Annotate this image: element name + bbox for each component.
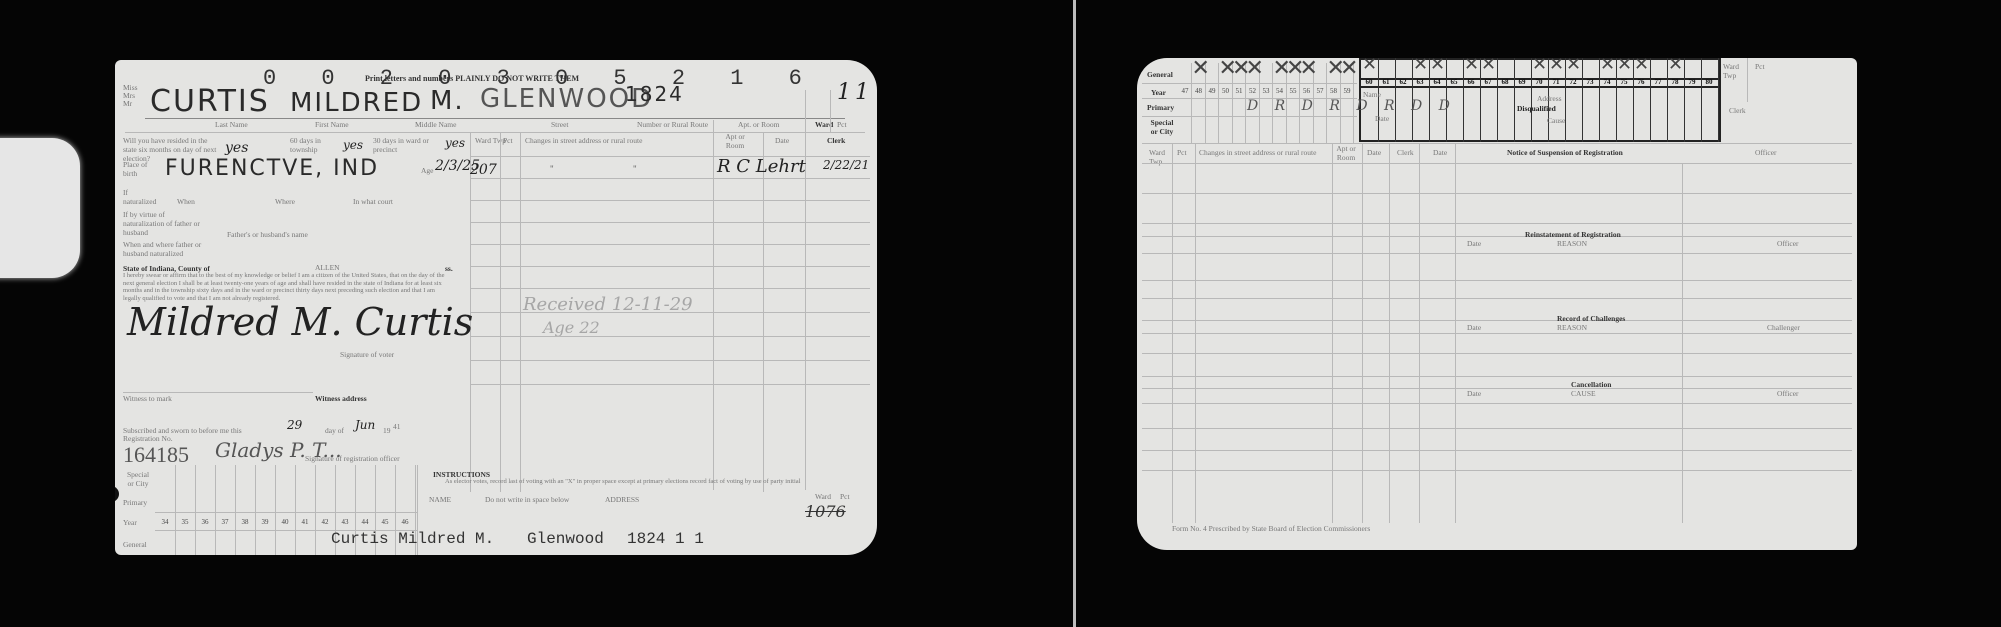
instructions-pct-label: Pct <box>840 492 850 501</box>
subscribed-year-prefix: 19 <box>383 426 391 435</box>
struck-ward-mark: 1076 <box>805 502 846 521</box>
top-pct-label: Pct <box>1755 62 1765 71</box>
inner-date-label: Date <box>1375 114 1389 123</box>
clerk-signature: R C Lehrt <box>717 156 806 177</box>
by-virtue-label: If by virtue of naturalization of father… <box>123 210 203 237</box>
reinstatement-date-header: Date <box>1467 239 1481 248</box>
age-label: Age <box>421 166 434 175</box>
ditto-mark-1: " <box>550 164 554 174</box>
registration-card-front: 0 0 2 0 3 0 5 2 1 6 Print letters and nu… <box>115 60 877 555</box>
ward-value: 1 <box>837 80 851 105</box>
challenges-reason-header: REASON <box>1557 323 1587 332</box>
frame-divider <box>1073 0 1076 627</box>
changes-clerk-header: Clerk <box>1397 148 1414 157</box>
suspension-date-header: Date <box>1433 148 1447 157</box>
vote-x-mark: ✕ <box>1668 58 1683 75</box>
first-name-label: First Name <box>315 120 349 129</box>
voter-signature: Mildred M. Curtis <box>127 300 473 344</box>
change-date-header: Date <box>775 136 789 145</box>
inner-disqualified-label: Disqualified <box>1517 104 1556 113</box>
vote-x-mark: ✕ <box>1549 58 1564 75</box>
vote-x-mark: ✕ <box>1464 58 1479 75</box>
residency-township-answer: yes <box>343 138 363 152</box>
suspension-officer-header: Officer <box>1755 148 1777 157</box>
residency-state-answer: yes <box>225 140 248 156</box>
title-prefixes: Miss Mrs Mr <box>123 84 138 108</box>
year-cell: 36 <box>195 518 215 526</box>
vote-x-mark: ✕ <box>1192 58 1210 81</box>
residency-township-question: 60 days in township <box>290 136 350 154</box>
residency-ward-question: 30 days in ward or precinct <box>373 136 433 154</box>
cancellation-officer-header: Officer <box>1777 389 1799 398</box>
change-clerk-header: Clerk <box>827 136 845 145</box>
year-cell: 39 <box>255 518 275 526</box>
change-apt-header: Apt or Room <box>720 132 750 150</box>
grid-row-general: General <box>123 540 147 549</box>
grid-row-primary: Primary <box>123 498 147 507</box>
changes-pct-header: Pct <box>1177 148 1187 157</box>
grid-row-year: Year <box>1151 88 1166 97</box>
voter-signature-label: Signature of voter <box>340 350 394 359</box>
street-label: Street <box>551 120 569 129</box>
change-pct-header: Pct <box>503 136 513 145</box>
vote-x-mark: ✕ <box>1634 58 1649 75</box>
instructions-text: As elector votes, record last of voting … <box>445 478 845 486</box>
typed-number: 1824 <box>627 530 665 548</box>
inner-address-label: Address <box>1537 94 1562 103</box>
naturalized-where-label: Where <box>275 197 295 206</box>
year-cell: 34 <box>155 518 175 526</box>
typed-street: Glenwood <box>527 530 604 548</box>
subscribed-day: 29 <box>287 418 302 432</box>
witness-address-label: Witness address <box>315 394 367 403</box>
vote-x-mark: ✕ <box>1300 58 1318 81</box>
year-cell: 40 <box>275 518 295 526</box>
grid-row-special: Special or City <box>123 470 153 488</box>
instructions-name-label: NAME <box>429 495 451 504</box>
typed-name: Curtis Mildred M. <box>331 530 494 548</box>
birth-value: FURENCTVE, IND <box>165 156 379 181</box>
vote-x-mark: ✕ <box>1600 58 1615 75</box>
year-cell: 80 <box>1699 78 1719 86</box>
birth-label: Place of birth <box>123 160 163 178</box>
residency-ward-answer: yes <box>445 136 465 150</box>
number-label: Number or Rural Route <box>637 120 708 129</box>
suspension-title: Notice of Suspension of Registration <box>1507 148 1623 157</box>
vote-x-mark: ✕ <box>1481 58 1496 75</box>
middle-name-label: Middle Name <box>415 120 456 129</box>
pencil-note-age: Age 22 <box>543 318 600 337</box>
primary-party-marks: D R D R D R D D <box>1247 98 1456 114</box>
last-name-label: Last Name <box>215 120 248 129</box>
last-name-value: CURTIS <box>150 84 270 119</box>
cancellation-cause-header: CAUSE <box>1571 389 1596 398</box>
pct-label: Pct <box>837 120 847 129</box>
vote-x-mark: ✕ <box>1430 58 1445 75</box>
year-cell: 35 <box>175 518 195 526</box>
number-value: 1824 <box>625 82 684 106</box>
grid-row-year: Year <box>123 518 137 527</box>
grid-row-primary: Primary <box>1147 103 1174 112</box>
registration-card-back: General Year Primary Special or City 474… <box>1137 58 1857 550</box>
year-cell: 46 <box>395 518 415 526</box>
year-cell: 41 <box>295 518 315 526</box>
vote-x-mark: ✕ <box>1413 58 1428 75</box>
changes-address-header: Changes in street address or rural route <box>1199 148 1316 157</box>
reinstatement-reason-header: REASON <box>1557 239 1587 248</box>
vote-x-mark: ✕ <box>1362 58 1377 75</box>
change-ward-header: Ward Twp <box>475 136 506 145</box>
year-cell: 45 <box>375 518 395 526</box>
change-ward-value: 207 <box>470 162 497 178</box>
year-cell: 37 <box>215 518 235 526</box>
header-note: Print letters and numbers PLAINLY DO NOT… <box>365 74 579 83</box>
year-cell: 38 <box>235 518 255 526</box>
instructions-address-label: ADDRESS <box>605 495 639 504</box>
middle-name-value: M. <box>430 86 465 116</box>
changes-date-header: Date <box>1367 148 1381 157</box>
year-cell: 59 <box>1337 87 1357 95</box>
cancellation-title: Cancellation <box>1571 380 1611 389</box>
reinstatement-officer-header: Officer <box>1777 239 1799 248</box>
naturalized-court-label: In what court <box>353 197 393 206</box>
cancellation-date-header: Date <box>1467 389 1481 398</box>
pct-value: 1 <box>855 80 869 105</box>
vote-x-mark: ✕ <box>1617 58 1632 75</box>
year-cell: 43 <box>335 518 355 526</box>
punch-hole <box>115 486 119 502</box>
reinstatement-title: Reinstatement of Registration <box>1525 230 1621 239</box>
inner-cause-label: Cause <box>1547 116 1565 125</box>
registration-number: 164185 <box>123 442 189 468</box>
ditto-mark-2: " <box>633 164 637 174</box>
oath-county: ALLEN <box>315 263 340 272</box>
subscribed-month: Jun <box>355 418 375 432</box>
naturalized-when-label: When <box>177 197 195 206</box>
subscribed-year: 41 <box>393 422 401 431</box>
form-footer: Form No. 4 Prescribed by State Board of … <box>1172 524 1370 533</box>
oath-text: I hereby swear or affirm that to the bes… <box>123 272 453 302</box>
year-cell: 44 <box>355 518 375 526</box>
naturalized-label: If naturalized <box>123 188 159 206</box>
instructions-ward-label: Ward <box>815 492 831 501</box>
grid-row-special: Special or City <box>1147 118 1177 136</box>
registration-officer-label: Signature of registration officer <box>305 454 400 463</box>
instructions-do-not-write: Do not write in space below <box>485 495 569 504</box>
vote-x-mark: ✕ <box>1532 58 1547 75</box>
challenges-challenger-header: Challenger <box>1767 323 1800 332</box>
year-cell: 42 <box>315 518 335 526</box>
apt-label: Apt. or Room <box>738 120 779 129</box>
vote-x-mark: ✕ <box>1566 58 1581 75</box>
challenges-title: Record of Challenges <box>1557 314 1625 323</box>
changes-apt-header: Apt or Room <box>1335 144 1357 162</box>
top-clerk-label: Clerk <box>1729 106 1746 115</box>
first-name-value: MILDRED <box>290 88 423 118</box>
challenges-date-header: Date <box>1467 323 1481 332</box>
father-husband-label: Father's or husband's name <box>227 230 308 239</box>
typed-ward-pct: 1 1 <box>675 530 704 548</box>
adjacent-card-edge <box>0 138 80 278</box>
when-where-label: When and where father or husband natural… <box>123 240 211 258</box>
vote-x-mark: ✕ <box>1246 58 1264 81</box>
witness-mark-label: Witness to mark <box>123 394 172 403</box>
subscribed-day-of: day of <box>325 426 344 435</box>
change-address-header: Changes in street address or rural route <box>525 136 642 145</box>
top-ward-twp-label: Ward Twp <box>1723 62 1743 80</box>
vote-x-mark: ✕ <box>1340 58 1358 81</box>
change-date-value: 2/22/21 <box>823 158 869 172</box>
grid-row-general: General <box>1147 70 1173 79</box>
